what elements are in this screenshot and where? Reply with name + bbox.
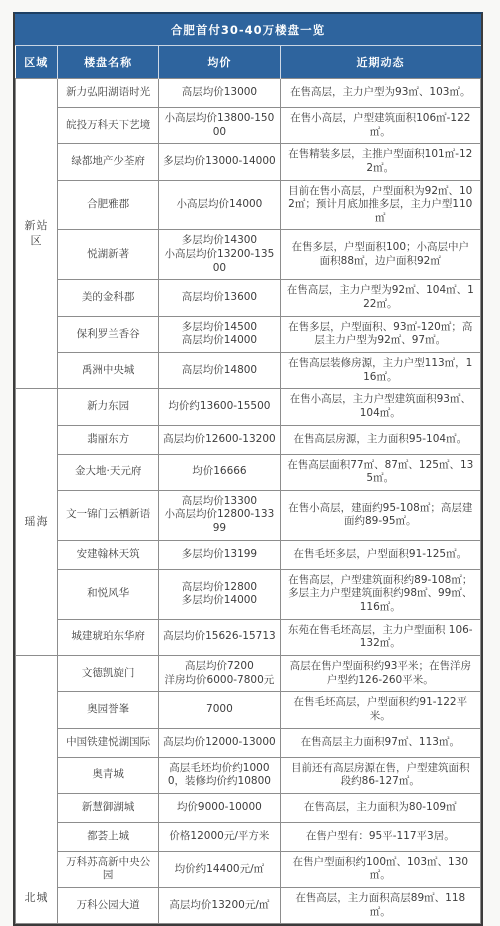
property-name-cell: 城建琥珀东华府 bbox=[58, 619, 159, 639]
property-name-cell: 安建翰林天筑 bbox=[58, 540, 159, 569]
dynamics-cell: 在售小高层，建面约95-108㎡；高层建面约89-95㎡。 bbox=[280, 490, 480, 540]
header-row: 区域 楼盘名称 均价 近期动态 bbox=[16, 46, 481, 79]
table-body: 新站区新力弘阳湖语时光高层均价13000在售高层，主力户型为93㎡、103㎡。皖… bbox=[16, 79, 481, 640]
table-row: 合肥雅郡小高层均价14000目前在售小高层，户型面积为92㎡、102㎡；预计月底… bbox=[16, 180, 481, 230]
property-name-cell: 和悦风华 bbox=[58, 569, 159, 619]
property-name-cell: 金大地·天元府 bbox=[58, 454, 159, 490]
table-row: 金大地·天元府均价16666在售高层面积77㎡、87㎡、125㎡、135㎡。 bbox=[16, 454, 481, 490]
dynamics-cell: 在售多层，户型面积100；小高层中户面积88㎡，边户面积92㎡ bbox=[280, 230, 480, 280]
table-row: 和悦风华高层均价12800 多层均价14000在售高层，户型建筑面积约89-10… bbox=[16, 569, 481, 619]
price-cell: 多层均价14300 小高层均价13200-13500 bbox=[159, 230, 280, 280]
region-cell: 瑶海 bbox=[16, 389, 58, 639]
price-cell: 高层均价14800 bbox=[159, 352, 280, 388]
table-row: 保利罗兰香谷多层均价14500 高层均价14000在售多层，户型面积、93㎡-1… bbox=[16, 316, 481, 352]
price-cell: 高层均价15626-15713 bbox=[159, 619, 280, 639]
region-cell: 新站区 bbox=[16, 79, 58, 389]
price-cell: 多层均价14500 高层均价14000 bbox=[159, 316, 280, 352]
dynamics-cell: 在售高层装修房源，主力户型113㎡，116㎡。 bbox=[280, 352, 480, 388]
price-cell: 均价16666 bbox=[159, 454, 280, 490]
price-cell: 高层均价12800 多层均价14000 bbox=[159, 569, 280, 619]
dynamics-cell: 东苑在售毛坯高层，主力户型面积 106-132㎡。 bbox=[280, 619, 480, 639]
header-property-name: 楼盘名称 bbox=[58, 46, 159, 79]
header-average-price: 均价 bbox=[159, 46, 280, 79]
table-row: 绿都地产少荃府多层均价13000-14000在售精装多层，主推户型面积101㎡-… bbox=[16, 144, 481, 180]
dynamics-cell: 在售高层面积77㎡、87㎡、125㎡、135㎡。 bbox=[280, 454, 480, 490]
price-cell: 高层均价13000 bbox=[159, 79, 280, 108]
price-cell: 均价约13600-15500 bbox=[159, 389, 280, 425]
dynamics-cell: 在售多层，户型面积、93㎡-120㎡；高层主力户型为92㎡、97㎡。 bbox=[280, 316, 480, 352]
table-title: 合肥首付30-40万楼盘一览 bbox=[15, 14, 481, 46]
table-row: 翡丽东方高层均价12600-13200在售高层房源，主力面积95-104㎡。 bbox=[16, 425, 481, 454]
price-cell: 高层均价13600 bbox=[159, 280, 280, 316]
dynamics-cell: 在售高层，主力户型为92㎡、104㎡、122㎡。 bbox=[280, 280, 480, 316]
property-name-cell: 绿都地产少荃府 bbox=[58, 144, 159, 180]
price-cell: 多层均价13000-14000 bbox=[159, 144, 280, 180]
header-region: 区域 bbox=[16, 46, 58, 79]
property-name-cell: 新力东园 bbox=[58, 389, 159, 425]
table-header: 区域 楼盘名称 均价 近期动态 bbox=[16, 46, 481, 79]
table-row: 瑶海新力东园均价约13600-15500在售小高层，主力户型建筑面积93㎡、10… bbox=[16, 389, 481, 425]
property-name-cell: 美的金科郡 bbox=[58, 280, 159, 316]
table-row: 城建琥珀东华府高层均价15626-15713东苑在售毛坯高层，主力户型面积 10… bbox=[16, 619, 481, 639]
table-row: 皖投万科天下艺境小高层均价13800-15000在售小高层，户型建筑面积106㎡… bbox=[16, 108, 481, 144]
dynamics-cell: 在售小高层，主力户型建筑面积93㎡、104㎡。 bbox=[280, 389, 480, 425]
property-name-cell: 新力弘阳湖语时光 bbox=[58, 79, 159, 108]
price-cell: 小高层均价14000 bbox=[159, 180, 280, 230]
header-recent-dynamics: 近期动态 bbox=[280, 46, 480, 79]
dynamics-cell: 在售高层房源，主力面积95-104㎡。 bbox=[280, 425, 480, 454]
property-name-cell: 合肥雅郡 bbox=[58, 180, 159, 230]
price-cell: 小高层均价13800-15000 bbox=[159, 108, 280, 144]
property-name-cell: 翡丽东方 bbox=[58, 425, 159, 454]
price-cell: 多层均价13199 bbox=[159, 540, 280, 569]
property-name-cell: 文一锦门云栖新语 bbox=[58, 490, 159, 540]
price-cell: 高层均价12600-13200 bbox=[159, 425, 280, 454]
property-table: 区域 楼盘名称 均价 近期动态 新站区新力弘阳湖语时光高层均价13000在售高层… bbox=[15, 46, 481, 639]
property-name-cell: 悦湖新著 bbox=[58, 230, 159, 280]
dynamics-cell: 目前在售小高层，户型面积为92㎡、102㎡；预计月底加推多层，主力户型110㎡ bbox=[280, 180, 480, 230]
table-row: 悦湖新著多层均价14300 小高层均价13200-13500在售多层，户型面积1… bbox=[16, 230, 481, 280]
property-name-cell: 皖投万科天下艺境 bbox=[58, 108, 159, 144]
dynamics-cell: 在售精装多层，主推户型面积101㎡-122㎡。 bbox=[280, 144, 480, 180]
property-name-cell: 保利罗兰香谷 bbox=[58, 316, 159, 352]
dynamics-cell: 在售小高层，户型建筑面积106㎡-122㎡。 bbox=[280, 108, 480, 144]
table-row: 安建翰林天筑多层均价13199在售毛坯多层，户型面积91-125㎡。 bbox=[16, 540, 481, 569]
dynamics-cell: 在售毛坯多层，户型面积91-125㎡。 bbox=[280, 540, 480, 569]
price-cell: 高层均价13300 小高层均价12800-13399 bbox=[159, 490, 280, 540]
listing-table: 合肥首付30-40万楼盘一览 区域 楼盘名称 均价 近期动态 新站区新力弘阳湖语… bbox=[13, 12, 483, 639]
table-row: 文一锦门云栖新语高层均价13300 小高层均价12800-13399在售小高层，… bbox=[16, 490, 481, 540]
property-name-cell: 禹洲中央城 bbox=[58, 352, 159, 388]
dynamics-cell: 在售高层，主力户型为93㎡、103㎡。 bbox=[280, 79, 480, 108]
table-row: 禹洲中央城高层均价14800在售高层装修房源，主力户型113㎡，116㎡。 bbox=[16, 352, 481, 388]
dynamics-cell: 在售高层，户型建筑面积约89-108㎡；多层主力户型建筑面积约98㎡、99㎡、1… bbox=[280, 569, 480, 619]
table-row: 新站区新力弘阳湖语时光高层均价13000在售高层，主力户型为93㎡、103㎡。 bbox=[16, 79, 481, 108]
table-row: 美的金科郡高层均价13600在售高层，主力户型为92㎡、104㎡、122㎡。 bbox=[16, 280, 481, 316]
